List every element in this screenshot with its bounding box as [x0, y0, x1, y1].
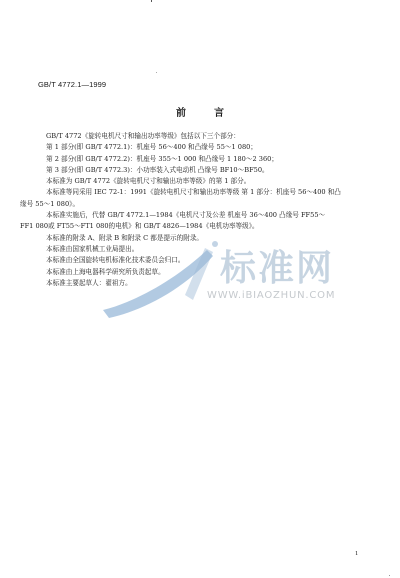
- paragraph: 本标准的附录 A、附录 B 和附录 C 都是提示的附录。: [34, 233, 366, 244]
- page-number: 1: [355, 550, 358, 557]
- paragraph-continuation: 缘号 55～1 080》。: [20, 199, 366, 210]
- paragraph: 第 1 部分(即 GB/T 4772.1)：机座号 56～400 和凸缘号 55…: [34, 142, 366, 153]
- paragraph: 本标准主要起草人：翟祖方。: [34, 278, 366, 289]
- paragraph: 本标准为 GB/T 4772《旋转电机尺寸和输出功率等级》的第 1 部分。: [34, 176, 366, 187]
- paragraph-continuation: FF1 080或 FT55～FT1 080的电机》和 GB/T 4826—198…: [20, 221, 366, 232]
- preface-body: GB/T 4772《旋转电机尺寸和输出功率等级》包括以下三个部分： 第 1 部分…: [34, 131, 366, 289]
- paragraph: 本标准由上海电器科学研究所负责起草。: [34, 267, 366, 278]
- paragraph: 本标准由全国旋转电机标准化技术委员会归口。: [34, 255, 366, 266]
- paragraph: GB/T 4772《旋转电机尺寸和输出功率等级》包括以下三个部分：: [34, 131, 366, 142]
- scan-speck: [151, 0, 152, 2]
- scan-speck: [389, 575, 390, 576]
- page-title: 前言: [0, 104, 400, 119]
- standard-number: GB/T 4772.1—1999: [38, 80, 106, 89]
- watermark-url: WWW.iBIAOZHUN.COM: [207, 290, 335, 301]
- paragraph: 本标准等同采用 IEC 72-1：1991《旋转电机尺寸和输出功率等级 第 1 …: [34, 187, 366, 198]
- scan-speck: [156, 72, 157, 73]
- paragraph: 第 2 部分(即 GB/T 4772.2)：机座号 355～1 000 和凸缘号…: [34, 154, 366, 165]
- paragraph: 本标准实施后，代替 GB/T 4772.1—1984《电机尺寸及公差 机座号 3…: [34, 210, 366, 221]
- paragraph: 本标准由国家机械工业局提出。: [34, 244, 366, 255]
- paragraph: 第 3 部分(即 GB/T 4772.3)：小功率装入式电动机 凸缘号 BF10…: [34, 165, 366, 176]
